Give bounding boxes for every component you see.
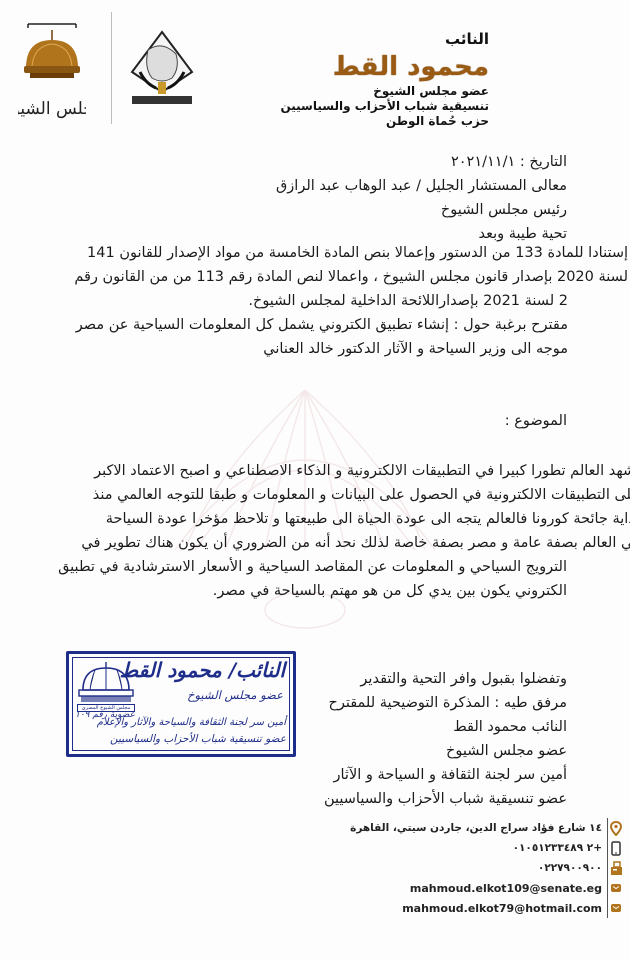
contact-address: ١٤ شارع فؤاد سراج الدين، جاردن سيتي، الق… <box>370 818 630 838</box>
paragraph-line: لسنة 2020 بإصدار قانون مجلس الشيوخ ، واع… <box>0 265 628 289</box>
paragraph-line: الكتروني يكون بين يدي كل من هو مهتم بالس… <box>0 579 630 603</box>
senate-logo-icon: مجلس الشيوخ <box>18 18 86 126</box>
paragraph-line: يشهد العالم تطورا كبيرا في التطبيقات الا… <box>0 459 630 483</box>
paragraph-line: على التطبيقات الالكترونية في الحصول على … <box>0 483 630 507</box>
contact-separator <box>607 838 608 858</box>
email-hotmail[interactable]: mahmoud.elkot79@hotmail.com <box>402 902 602 915</box>
letterhead-line: تنسيقية شباب الأحزاب والسياسيين <box>249 99 489 114</box>
letterhead: النائب محمود القط عضو مجلس الشيوخ تنسيقي… <box>249 30 489 129</box>
closing-line: أمين سر لجنة الثقافة و السياحة و الآثار <box>247 763 567 787</box>
paragraph-line: إستنادا للمادة 133 من الدستور وإعمالا بن… <box>0 241 628 265</box>
proposal-line: مقترح برغبة حول : إنشاء تطبيق الكتروني ي… <box>0 313 628 337</box>
contact-email-senate: mahmoud.elkot109@senate.eg <box>370 878 630 898</box>
contact-separator <box>607 818 608 838</box>
stamp-committee-line: أمين سر لجنة الثقافة والسياحة والآثار وا… <box>97 717 286 728</box>
paragraph-line: في العالم بصفة عامة و مصر بصفة خاصة لذلك… <box>0 531 630 555</box>
contact-email-hotmail: mahmoud.elkot79@hotmail.com <box>370 898 630 918</box>
proposal-line: موجه الى وزير السياحة و الآثار الدكتور خ… <box>0 337 628 361</box>
email-icon <box>609 880 623 896</box>
letterhead-line: حزب حُماة الوطن <box>249 114 489 129</box>
official-stamp: مجلس الشيوخ المصري النائب/ محمود القط عض… <box>66 651 296 757</box>
letter-date: التاريخ : ٢٠٢١/١١/١ <box>7 150 567 174</box>
party-coordination-logo-icon <box>128 30 196 110</box>
paragraph-line: بداية جائحة كورونا فالعالم يتجه الى عودة… <box>0 507 630 531</box>
contact-separator <box>607 858 608 878</box>
stamp-member: عضو مجلس الشيوخ <box>187 688 283 702</box>
subject-label: الموضوع : <box>267 409 567 433</box>
contact-info: ١٤ شارع فؤاد سراج الدين، جاردن سيتي، الق… <box>370 818 630 918</box>
logo-divider <box>111 12 112 124</box>
letter-recipient-title: رئيس مجلس الشيوخ <box>7 198 567 222</box>
mobile-number: +٢ ٠١٠٥١٢٣٣٤٨٩ <box>513 842 602 854</box>
letterhead-name: محمود القط <box>249 50 489 84</box>
contact-separator <box>607 898 608 918</box>
paragraph-line: 2 لسنة 2021 بإصداراللائحة الداخلية لمجلس… <box>0 289 628 313</box>
address-text: ١٤ شارع فؤاد سراج الدين، جاردن سيتي، الق… <box>350 822 602 834</box>
mobile-phone-icon <box>609 840 623 856</box>
letter-recipient: معالى المستشار الجليل / عبد الوهاب عبد ا… <box>7 174 567 198</box>
fax-number: ٠٢٢٧٩٠٠٩٠٠ <box>538 862 602 874</box>
svg-text:مجلس الشيوخ: مجلس الشيوخ <box>18 99 86 119</box>
letterhead-line: عضو مجلس الشيوخ <box>249 84 489 99</box>
email-icon <box>609 900 623 916</box>
letter-page: مجلس الشيوخ النائب محمود القط عضو مجلس ا… <box>0 0 630 960</box>
stamp-coordination-line: عضو تنسيقية شباب الأحزاب والسياسيين <box>110 733 286 745</box>
email-senate[interactable]: mahmoud.elkot109@senate.eg <box>410 882 602 895</box>
letter-intro: التاريخ : ٢٠٢١/١١/١ معالى المستشار الجلي… <box>7 150 567 246</box>
location-pin-icon <box>609 820 623 836</box>
paragraph-line: الترويج السياحي و المعلومات عن المقاصد ا… <box>0 555 630 579</box>
contact-fax: ٠٢٢٧٩٠٠٩٠٠ <box>370 858 630 878</box>
letterhead-title: النائب <box>249 30 489 48</box>
contact-mobile: +٢ ٠١٠٥١٢٣٣٤٨٩ <box>370 838 630 858</box>
closing-line: عضو تنسيقية شباب الأحزاب والسياسيين <box>247 787 567 811</box>
contact-separator <box>607 878 608 898</box>
stamp-title: النائب/ محمود القط <box>120 658 285 682</box>
legal-basis-paragraph: إستنادا للمادة 133 من الدستور وإعمالا بن… <box>0 241 628 361</box>
subject-paragraph: يشهد العالم تطورا كبيرا في التطبيقات الا… <box>0 459 630 603</box>
fax-icon <box>609 860 623 876</box>
